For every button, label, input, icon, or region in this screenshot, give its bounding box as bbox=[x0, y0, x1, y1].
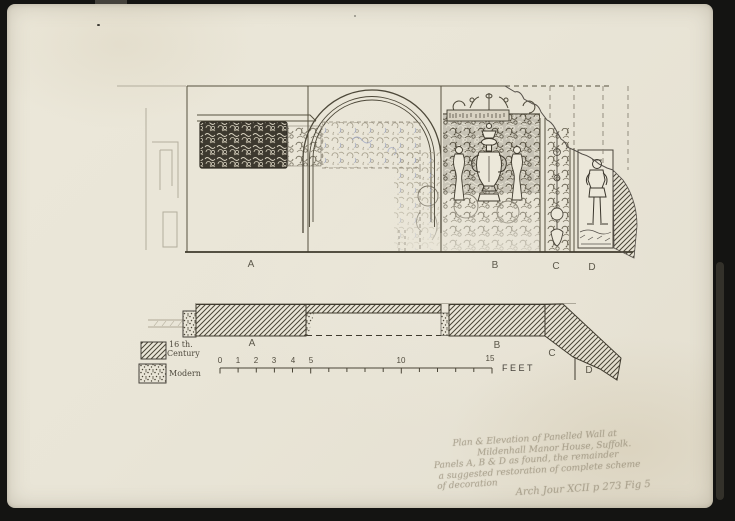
scale-number-1: 1 bbox=[236, 356, 240, 365]
plan-modern-wedge-right bbox=[441, 313, 449, 336]
scale-bar bbox=[220, 368, 492, 374]
panel-c-strip bbox=[546, 128, 569, 252]
legend-label-century: Century bbox=[167, 349, 200, 358]
scale-number-3: 3 bbox=[272, 356, 276, 365]
legend-label-16th: 16 th. bbox=[169, 340, 193, 349]
plan-label-d: D bbox=[585, 365, 592, 376]
legend-swatch-modern bbox=[139, 364, 166, 383]
plan-label-a: A bbox=[249, 338, 256, 349]
pencil-panelling-left bbox=[117, 86, 186, 250]
plan-drawing bbox=[148, 304, 621, 381]
scale-unit-label: FEET bbox=[502, 363, 535, 373]
plan-wall-b bbox=[449, 305, 545, 337]
plan-wall-slope bbox=[545, 304, 621, 380]
plan-label-b: B bbox=[494, 340, 501, 351]
scale-number-2: 2 bbox=[254, 356, 258, 365]
elevation-label-c: C bbox=[552, 261, 559, 272]
plan-modern-block bbox=[183, 311, 196, 337]
panel-d-figure bbox=[578, 150, 613, 248]
panel-b-ornament bbox=[443, 93, 540, 252]
plan-label-c: C bbox=[548, 348, 555, 359]
scale-number-15: 15 bbox=[486, 354, 495, 363]
scale-number-5: 5 bbox=[309, 356, 313, 365]
legend-label-modern: Modern bbox=[169, 369, 201, 378]
plan-pencil-return bbox=[148, 320, 184, 327]
elevation-label-b: B bbox=[492, 260, 499, 271]
scale-number-0: 0 bbox=[218, 356, 222, 365]
plan-modern-wedge-left bbox=[306, 313, 314, 336]
legend-swatches bbox=[139, 342, 166, 383]
elevation-drawing bbox=[117, 86, 637, 258]
ornament-spill bbox=[394, 152, 440, 250]
plan-wall-thin bbox=[306, 305, 441, 314]
elevation-label-a: A bbox=[248, 259, 255, 270]
scale-number-4: 4 bbox=[291, 356, 295, 365]
elevation-label-d: D bbox=[588, 262, 595, 273]
scale-number-10: 10 bbox=[397, 356, 406, 365]
scanned-drawing-page: A B C D A B C D 16 th. Century Modern 0 … bbox=[0, 0, 735, 521]
inscription-banner bbox=[447, 110, 509, 121]
plan-wall-a bbox=[196, 305, 306, 337]
legend-swatch-16th-century bbox=[141, 342, 166, 359]
